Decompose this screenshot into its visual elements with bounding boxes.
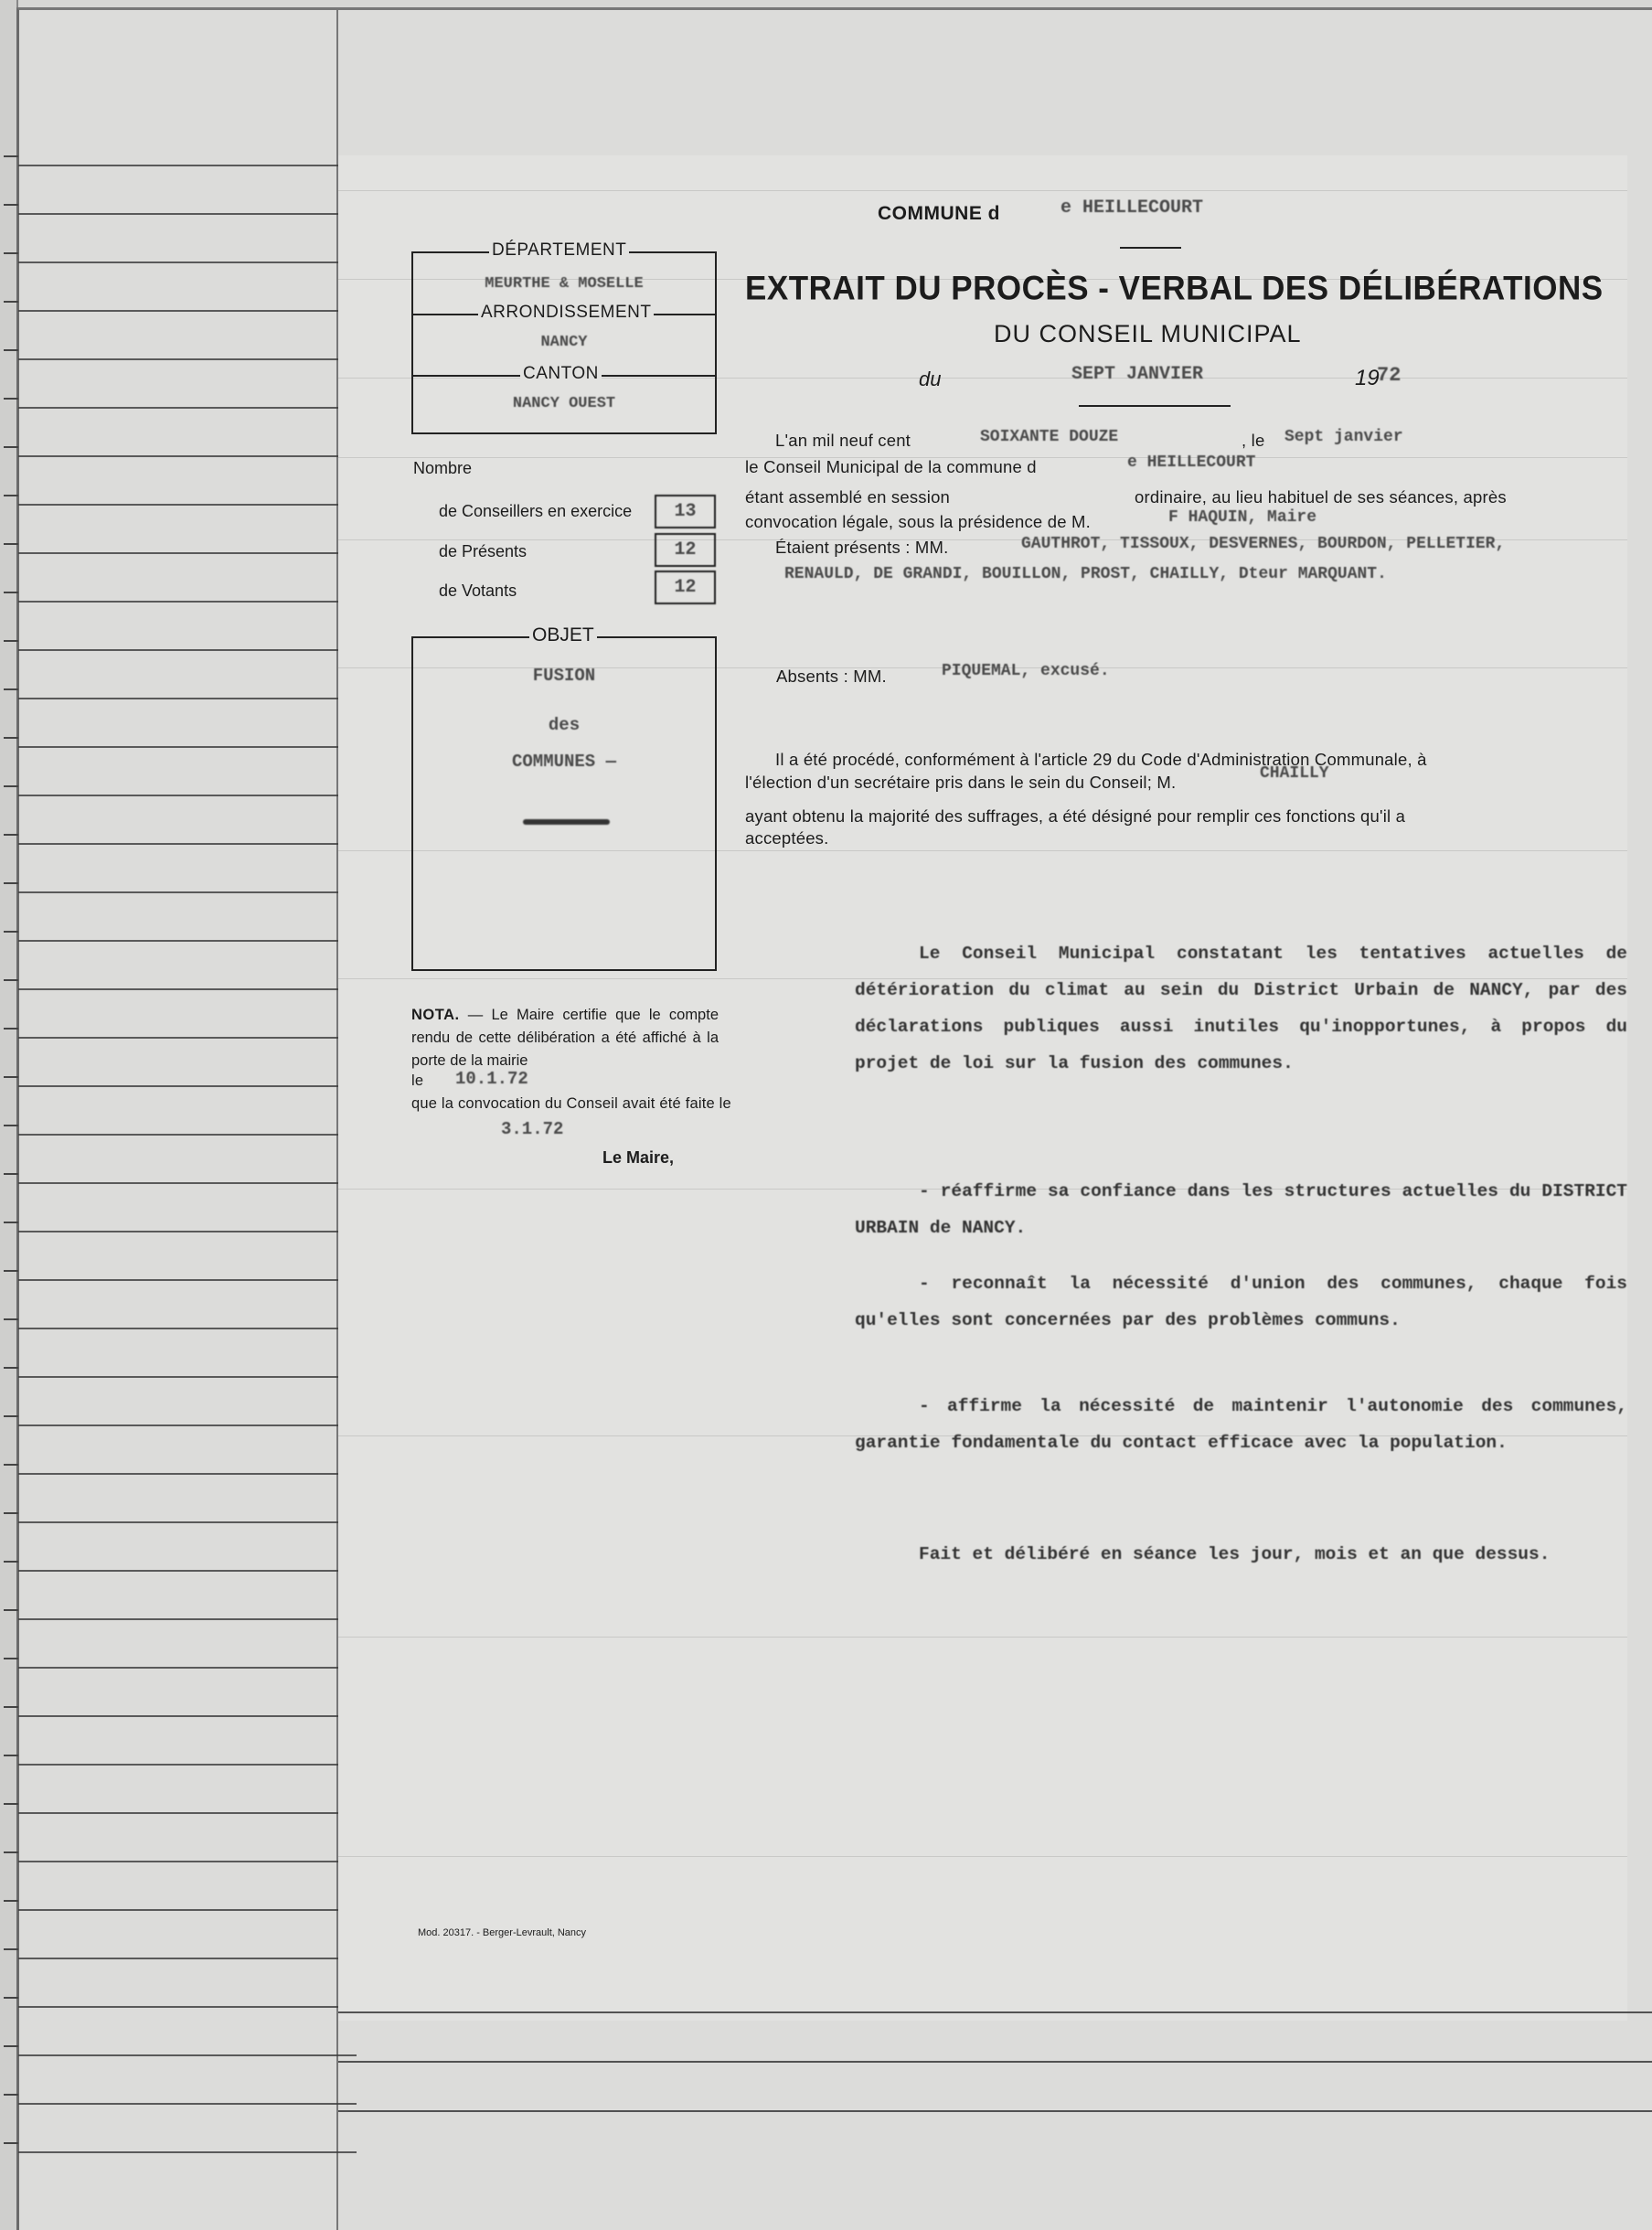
ledger-line: [18, 1958, 357, 1959]
year-suffix: 72: [1377, 364, 1401, 387]
objet-label: OBJET: [529, 624, 597, 646]
arrondissement-label: ARRONDISSEMENT: [478, 303, 654, 323]
divider: [1079, 405, 1231, 407]
geography-box: DÉPARTEMENT MEURTHE & MOSELLE ARRONDISSE…: [411, 251, 717, 434]
ledger-line: [18, 843, 357, 845]
secretary-text-3: ayant obtenu la majorité des suffrages, …: [745, 806, 1405, 827]
edge-tick: [4, 1270, 18, 1272]
ledger-line: [18, 698, 357, 699]
departement-label: DÉPARTEMENT: [489, 240, 629, 261]
edge-tick: [4, 398, 18, 400]
ledger-line: [18, 1037, 357, 1039]
edge-tick: [4, 1900, 18, 1902]
count-label-exercice: de Conseillers en exercice: [439, 502, 632, 521]
ledger-line: [18, 795, 357, 796]
ledger-line: [18, 213, 357, 215]
year-prefix: 19: [1355, 366, 1380, 391]
ledger-line: [18, 1473, 357, 1475]
count-value-presents: 12: [655, 533, 716, 567]
absents-label: Absents : MM.: [776, 667, 887, 687]
meeting-date: SEPT JANVIER: [1071, 364, 1203, 385]
ledger-line: [18, 1812, 357, 1814]
day-month: Sept janvier: [1284, 428, 1403, 446]
edge-tick: [4, 979, 18, 981]
edge-tick: [4, 1997, 18, 1999]
ledger-line: [18, 504, 357, 506]
edge-tick: [4, 1706, 18, 1708]
preamble-line2: le Conseil Municipal de la commune d: [745, 457, 1037, 477]
edge-tick: [4, 882, 18, 884]
secretary-name: CHAILLY: [1260, 764, 1329, 783]
ledger-line: [18, 649, 357, 651]
ledger-line: [18, 601, 357, 603]
count-value-votants: 12: [655, 571, 716, 604]
ledger-line: [18, 407, 357, 409]
edge-tick: [4, 1222, 18, 1223]
ledger-line: [18, 1182, 357, 1184]
canton-label: CANTON: [520, 364, 602, 384]
count-label-presents: de Présents: [439, 542, 527, 561]
ledger-line: [18, 2054, 357, 2056]
edge-tick: [4, 2045, 18, 2047]
ledger-line: [18, 891, 357, 893]
commune-name-body: e HEILLECOURT: [1127, 453, 1255, 472]
convocation-text: que la convocation du Conseil avait été …: [411, 1095, 731, 1113]
preamble-line4: convocation légale, sous la présidence d…: [745, 512, 1091, 532]
ledger-line: [18, 261, 357, 263]
date-prefix: du: [919, 368, 941, 391]
year-in-words: SOIXANTE DOUZE: [980, 428, 1118, 446]
ledger-line: [18, 1231, 357, 1232]
edge-tick: [4, 1318, 18, 1320]
edge-tick: [4, 1609, 18, 1611]
edge-tick: [4, 155, 18, 157]
edge-tick: [4, 446, 18, 448]
ledger-line: [18, 1279, 357, 1281]
edge-tick: [4, 640, 18, 642]
deliberation-paragraph: Fait et délibéré en séance les jour, moi…: [855, 1536, 1627, 1573]
edge-tick: [4, 204, 18, 206]
convocation-date: 3.1.72: [501, 1119, 563, 1139]
edge-tick: [4, 252, 18, 254]
objet-line: COMMUNES —: [413, 752, 715, 772]
ledger-line: [18, 455, 357, 457]
presents-label: Étaient présents : MM.: [775, 538, 948, 558]
edge-tick: [4, 1367, 18, 1369]
edge-tick: [4, 931, 18, 933]
edge-tick: [4, 737, 18, 739]
nota-le-label: le: [411, 1072, 423, 1090]
presents-list-1: GAUTHROT, TISSOUX, DESVERNES, BOURDON, P…: [1021, 535, 1505, 553]
preamble-le: , le: [1242, 431, 1264, 451]
edge-tick: [4, 592, 18, 593]
binding-edge: [0, 0, 18, 2230]
edge-tick: [4, 785, 18, 787]
edge-tick: [4, 688, 18, 690]
edge-tick: [4, 1028, 18, 1030]
secretary-text-4: acceptées.: [745, 828, 828, 848]
deliberation-paragraph: - affirme la nécessité de maintenir l'au…: [855, 1388, 1627, 1461]
departement-value: MEURTHE & MOSELLE: [413, 275, 715, 293]
ledger-line: [18, 988, 357, 990]
ledger-line: [18, 1570, 357, 1572]
ledger-line: [18, 2006, 357, 2008]
canton-value: NANCY OUEST: [413, 395, 715, 412]
divider: [1120, 247, 1181, 249]
edge-tick: [4, 1464, 18, 1466]
ledger-line: [18, 1328, 357, 1329]
ledger-line: [338, 2011, 1652, 2013]
edge-tick: [4, 1561, 18, 1563]
ledger-line: [18, 746, 357, 748]
secretary-text-2: l'élection d'un secrétaire pris dans le …: [745, 773, 1176, 793]
edge-tick: [4, 1512, 18, 1514]
ledger-line: [18, 1764, 357, 1766]
ledger-line: [18, 1085, 357, 1087]
preamble-line1: L'an mil neuf cent: [775, 431, 911, 451]
ledger-line: [18, 310, 357, 312]
ledger-line: [18, 1909, 357, 1911]
preamble-line3-suffix: ordinaire, au lieu habituel de ses séanc…: [1135, 487, 1507, 507]
commune-name: e HEILLECOURT: [1060, 197, 1203, 219]
commune-label: COMMUNE d: [878, 203, 1000, 225]
edge-tick: [4, 543, 18, 545]
ledger-line: [18, 1134, 357, 1136]
edge-tick: [4, 2094, 18, 2096]
affichage-date: 10.1.72: [455, 1069, 528, 1089]
edge-tick: [4, 1415, 18, 1417]
edge-tick: [4, 1851, 18, 1853]
deliberation-paragraph: - réaffirme sa confiance dans les struct…: [855, 1173, 1627, 1246]
edge-tick: [4, 834, 18, 836]
ledger-line: [18, 1521, 357, 1523]
edge-tick: [4, 1948, 18, 1950]
objet-line: FUSION: [413, 666, 715, 686]
nota-lead: NOTA.: [411, 1007, 460, 1023]
ledger-line: [18, 358, 357, 360]
ledger-line: [18, 1618, 357, 1620]
edge-tick: [4, 495, 18, 496]
ledger-line: [18, 1424, 357, 1426]
objet-line: des: [413, 715, 715, 735]
ledger-line: [18, 1667, 357, 1669]
edge-tick: [4, 2142, 18, 2144]
arrondissement-value: NANCY: [413, 334, 715, 351]
deliberation-paragraph: - reconnaît la nécessité d'union des com…: [855, 1265, 1627, 1339]
count-label-votants: de Votants: [439, 582, 517, 601]
edge-tick: [4, 1076, 18, 1078]
ledger-line: [18, 1376, 357, 1378]
ledger-line: [18, 2151, 357, 2153]
ledger-line: [18, 2103, 357, 2105]
objet-box: OBJET FUSION des COMMUNES —: [411, 636, 717, 971]
ledger-line: [18, 940, 357, 942]
edge-tick: [4, 1125, 18, 1126]
ledger-line: [18, 1715, 357, 1717]
edge-tick: [4, 1658, 18, 1659]
ledger-line: [18, 165, 357, 166]
document-title: EXTRAIT DU PROCÈS - VERBAL DES DÉLIBÉRAT…: [745, 270, 1604, 308]
presents-list-2: RENAULD, DE GRANDI, BOUILLON, PROST, CHA…: [784, 565, 1387, 583]
counts-title: Nombre: [413, 459, 472, 478]
ledger-line: [18, 1861, 357, 1862]
president-name: F HAQUIN, Maire: [1168, 508, 1316, 527]
edge-tick: [4, 301, 18, 303]
separator-dash: [523, 819, 610, 825]
nota-block: NOTA. — Le Maire certifie que le compte …: [411, 1004, 719, 1072]
edge-tick: [4, 1173, 18, 1175]
edge-tick: [4, 1755, 18, 1756]
form-reference: Mod. 20317. - Berger-Levrault, Nancy: [418, 1927, 586, 1938]
ledger-line: [18, 552, 357, 554]
count-value-exercice: 13: [655, 495, 716, 528]
maire-signature-label: Le Maire,: [602, 1148, 674, 1168]
ledger-line: [338, 2061, 1652, 2063]
ledger-line: [338, 2110, 1652, 2112]
deliberation-paragraph: Le Conseil Municipal constatant les tent…: [855, 935, 1627, 1082]
preamble-line3: étant assemblé en session: [745, 487, 950, 507]
edge-tick: [4, 349, 18, 351]
document-subtitle: DU CONSEIL MUNICIPAL: [994, 320, 1302, 348]
edge-tick: [4, 1803, 18, 1805]
absents-list: PIQUEMAL, excusé.: [942, 662, 1110, 680]
